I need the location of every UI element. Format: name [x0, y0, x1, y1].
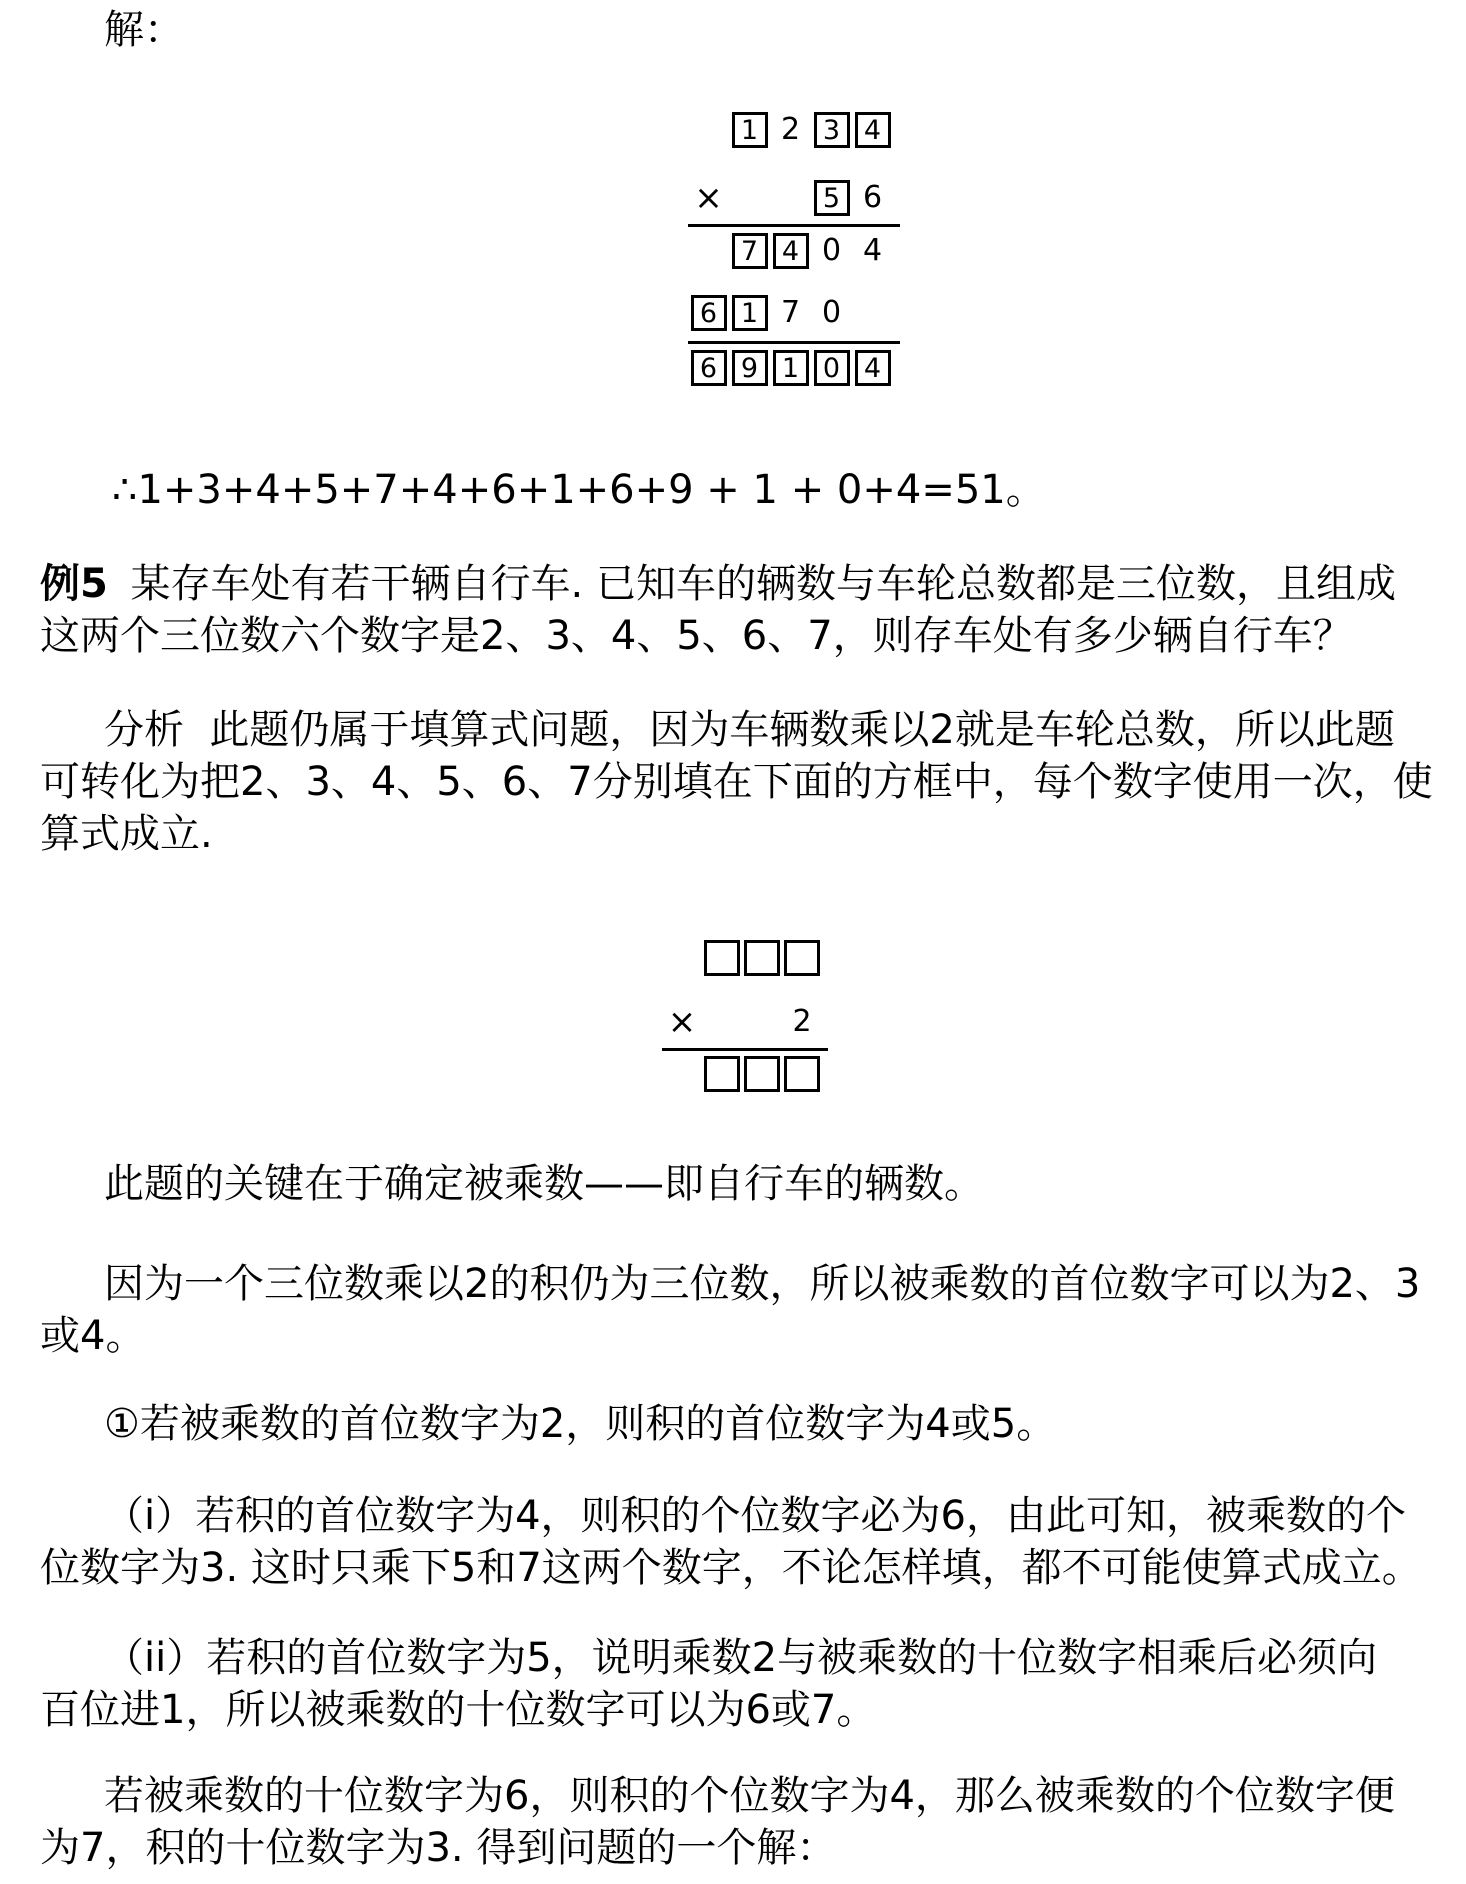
boxed-digit: 6 — [691, 350, 727, 386]
paragraph-line: （i）若积的首位数字为4，则积的个位数字必为6，由此可知，被乘数的个 — [40, 1490, 1422, 1542]
document-page: 解： 1 2 3 4 × 5 6 7 4 0 4 6 1 7 0 — [0, 0, 1466, 1884]
empty-cell — [662, 938, 702, 978]
boxed-digit: 1 — [732, 295, 768, 331]
paragraph-line: 这两个三位数六个数字是2、3、4、5、6、7，则存车处有多少辆自行车？ — [40, 610, 1396, 662]
empty-cell — [688, 231, 729, 271]
paragraph-line: 算式成立. — [40, 808, 1433, 860]
blank-product-row — [662, 1054, 828, 1094]
paragraph-line: 此题的关键在于确定被乘数——即自行车的辆数。 — [40, 1158, 984, 1210]
boxed-digit: 6 — [691, 295, 727, 331]
digit: 7 — [781, 298, 800, 328]
partial-product-1-row: 7 4 0 4 — [688, 231, 900, 271]
blank-multiplicand-row — [662, 938, 828, 978]
paragraph-case1: ①若被乘数的首位数字为2，则积的首位数字为4或5。 — [40, 1398, 1056, 1450]
paragraph-line: 若被乘数的十位数字为6，则积的个位数字为4，那么被乘数的个位数字便 — [40, 1770, 1395, 1822]
paragraph-text: 某存车处有若干辆自行车. 已知车的辆数与车轮总数都是三位数，且组成 — [118, 561, 1396, 607]
paragraph-tens-digit-6: 若被乘数的十位数字为6，则积的个位数字为4，那么被乘数的个位数字便 为7，积的十… — [40, 1770, 1395, 1874]
blank-multiplier-row: × 2 — [662, 1002, 828, 1042]
digit: 4 — [863, 236, 882, 266]
digit: 6 — [863, 183, 882, 213]
empty-cell — [729, 178, 770, 218]
multiplicand-row: 1 2 3 4 — [688, 110, 900, 150]
empty-cell — [852, 293, 893, 333]
paragraph-analysis: 分析 此题仍属于填算式问题，因为车辆数乘以2就是车轮总数，所以此题 可转化为把2… — [40, 704, 1433, 860]
paragraph-line: 因为一个三位数乘以2的积仍为三位数，所以被乘数的首位数字可以为2、3 — [40, 1258, 1420, 1310]
boxed-digit: 0 — [814, 350, 850, 386]
paragraph-line: 可转化为把2、3、4、5、6、7分别填在下面的方框中，每个数字使用一次，使 — [40, 756, 1433, 808]
product-row: 6 9 1 0 4 — [688, 348, 900, 388]
paragraph-line: 分析 此题仍属于填算式问题，因为车辆数乘以2就是车轮总数，所以此题 — [40, 704, 1433, 756]
boxed-digit: 1 — [773, 350, 809, 386]
paragraph-example5: 例5 某存车处有若干辆自行车. 已知车的辆数与车轮总数都是三位数，且组成 这两个… — [40, 558, 1396, 662]
boxed-digit: 4 — [855, 112, 891, 148]
empty-box — [784, 940, 820, 976]
multiplier-row: × 5 6 — [688, 178, 900, 218]
empty-box — [744, 940, 780, 976]
solution-label: 解： — [104, 5, 184, 55]
conclusion-equation: ∴1+3+4+5+7+4+6+1+6+9 + 1 + 0+4=51。 — [112, 464, 1046, 516]
example-label: 例5 — [40, 561, 108, 607]
rule-line — [688, 341, 900, 344]
multiply-sign: × — [694, 181, 723, 215]
paragraph-line: 百位进1，所以被乘数的十位数字可以为6或7。 — [40, 1684, 1377, 1736]
empty-cell — [702, 1002, 742, 1042]
boxed-digit: 4 — [855, 350, 891, 386]
empty-cell — [770, 178, 811, 218]
boxed-digit: 9 — [732, 350, 768, 386]
digit: 0 — [822, 298, 841, 328]
multiply-sign: × — [668, 1005, 697, 1039]
partial-product-2-row: 6 1 7 0 — [688, 293, 900, 333]
rule-line — [688, 224, 900, 227]
multiplication-blank: × 2 — [662, 938, 828, 1094]
empty-cell — [662, 1054, 702, 1094]
empty-box — [744, 1056, 780, 1092]
rule-line — [662, 1048, 828, 1051]
paragraph-because: 因为一个三位数乘以2的积仍为三位数，所以被乘数的首位数字可以为2、3 或4。 — [40, 1258, 1420, 1362]
boxed-digit: 5 — [814, 180, 850, 216]
paragraph-line: 例5 某存车处有若干辆自行车. 已知车的辆数与车轮总数都是三位数，且组成 — [40, 558, 1396, 610]
paragraph-line: 或4。 — [40, 1310, 1420, 1362]
paragraph-line: ①若被乘数的首位数字为2，则积的首位数字为4或5。 — [40, 1398, 1056, 1450]
digit: 2 — [792, 1007, 811, 1037]
paragraph-case1-ii: （ii）若积的首位数字为5，说明乘数2与被乘数的十位数字相乘后必须向 百位进1，… — [40, 1632, 1377, 1736]
paragraph-case1-i: （i）若积的首位数字为4，则积的个位数字必为6，由此可知，被乘数的个 位数字为3… — [40, 1490, 1422, 1594]
empty-box — [704, 1056, 740, 1092]
empty-box — [784, 1056, 820, 1092]
digit: 2 — [781, 115, 800, 145]
empty-cell — [688, 110, 729, 150]
boxed-digit: 4 — [773, 233, 809, 269]
boxed-digit: 1 — [732, 112, 768, 148]
boxed-digit: 3 — [814, 112, 850, 148]
boxed-digit: 7 — [732, 233, 768, 269]
paragraph-line: 为7，积的十位数字为3. 得到问题的一个解： — [40, 1822, 1395, 1874]
multiplication-worked: 1 2 3 4 × 5 6 7 4 0 4 6 1 7 0 6 — [688, 110, 900, 388]
digit: 0 — [822, 236, 841, 266]
paragraph-line: 位数字为3. 这时只乘下5和7这两个数字，不论怎样填，都不可能使算式成立。 — [40, 1542, 1422, 1594]
empty-box — [704, 940, 740, 976]
paragraph-line: （ii）若积的首位数字为5，说明乘数2与被乘数的十位数字相乘后必须向 — [40, 1632, 1377, 1684]
paragraph-key: 此题的关键在于确定被乘数——即自行车的辆数。 — [40, 1158, 984, 1210]
empty-cell — [742, 1002, 782, 1042]
